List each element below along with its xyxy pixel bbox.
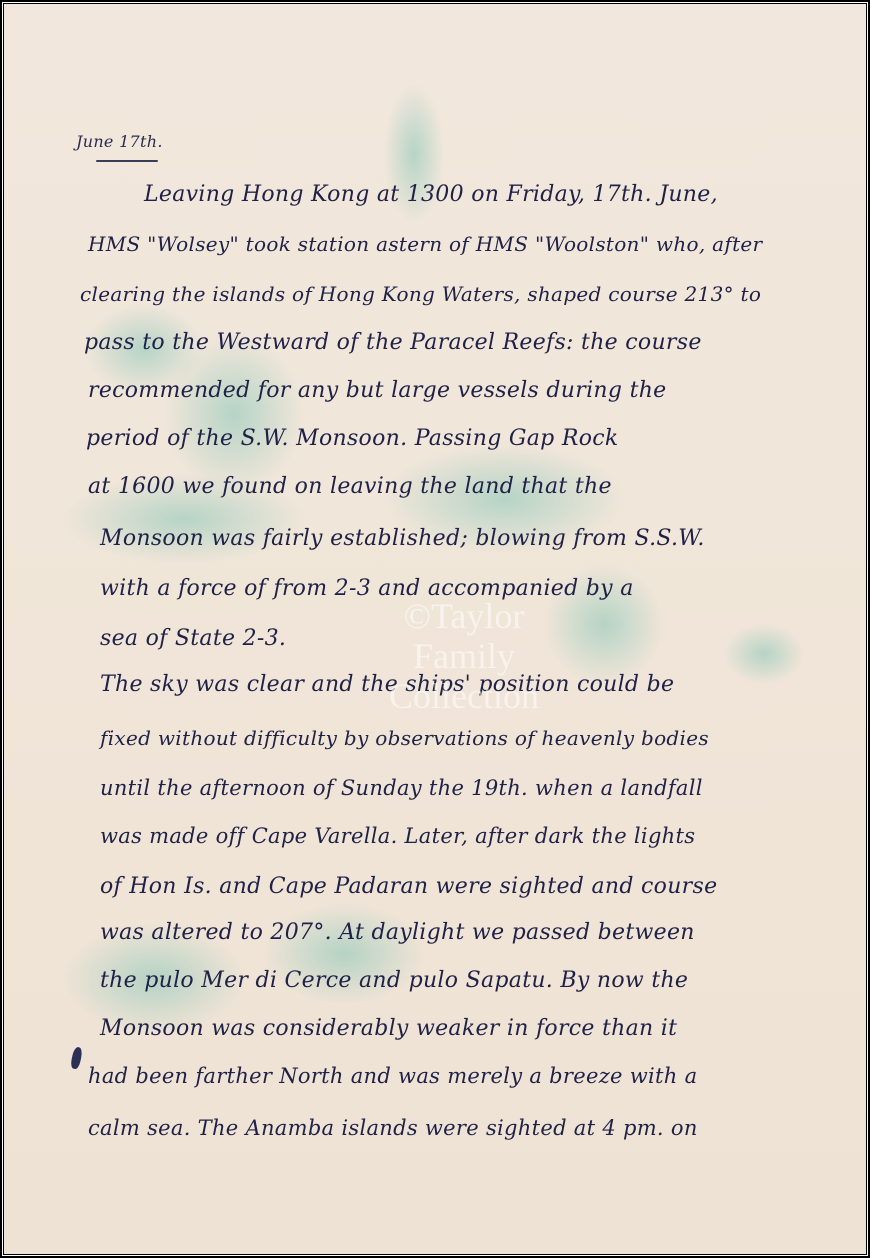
text-line: sea of State 2-3. [100,626,286,651]
text-line: Leaving Hong Kong at 1300 on Friday, 17t… [144,182,718,207]
text-line: of Hon Is. and Cape Padaran were sighted… [100,874,717,899]
watermark-line: Family [334,636,594,676]
watermark-line: ©Taylor [334,596,594,636]
text-line: period of the S.W. Monsoon. Passing Gap … [86,426,619,451]
copyright-watermark: ©Taylor Family Collection [334,596,594,716]
text-line: at 1600 we found on leaving the land tha… [88,474,612,499]
text-line: clearing the islands of Hong Kong Waters… [80,282,761,306]
ink-bleed [724,624,804,684]
ink-blot [70,1046,83,1069]
frame-gap: June 17th. Leaving Hong Kong at 1300 on … [2,2,868,1256]
text-line: calm sea. The Anamba islands were sighte… [88,1116,698,1140]
date-underline [96,160,158,162]
text-line: Monsoon was considerably weaker in force… [100,1016,677,1041]
date-heading: June 17th. [76,132,163,151]
image-frame: June 17th. Leaving Hong Kong at 1300 on … [0,0,870,1258]
text-line: fixed without difficulty by observations… [100,726,709,750]
text-line: had been farther North and was merely a … [88,1064,697,1088]
ink-bleed [164,334,304,494]
text-line: recommended for any but large vessels du… [88,378,667,403]
text-line: pass to the Westward of the Paracel Reef… [84,330,702,355]
text-line: the pulo Mer di Cerce and pulo Sapatu. B… [100,968,688,993]
text-line: until the afternoon of Sunday the 19th. … [100,776,703,800]
text-line: The sky was clear and the ships' positio… [100,672,674,697]
text-line: with a force of from 2-3 and accompanied… [100,576,634,601]
journal-page: June 17th. Leaving Hong Kong at 1300 on … [4,4,866,1254]
frame-inner-border: June 17th. Leaving Hong Kong at 1300 on … [3,3,867,1255]
text-line: HMS "Wolsey" took station astern of HMS … [88,232,762,256]
text-line: was altered to 207°. At daylight we pass… [100,920,695,945]
text-line: was made off Cape Varella. Later, after … [100,824,695,848]
text-line: Monsoon was fairly established; blowing … [100,526,705,551]
